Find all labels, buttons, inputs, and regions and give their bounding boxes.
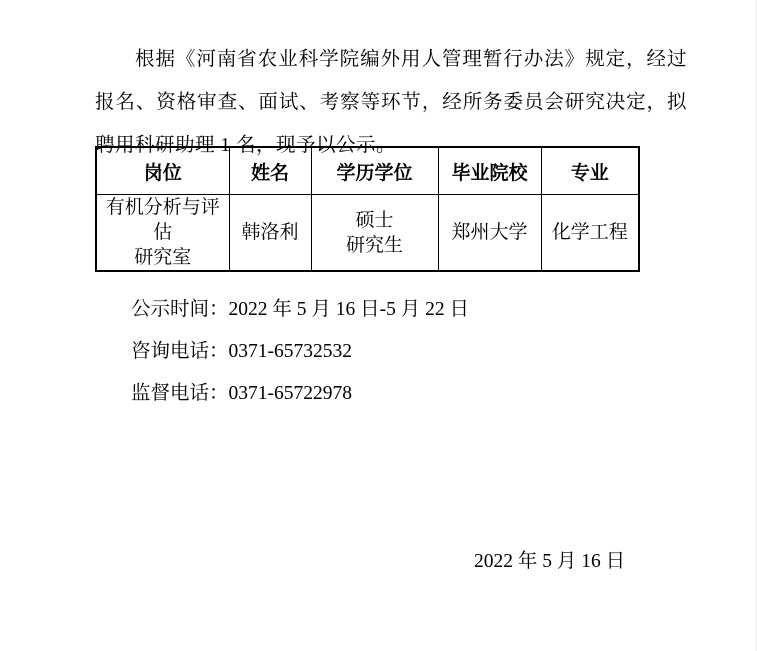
header-major: 专业 — [541, 147, 639, 195]
header-position: 岗位 — [96, 147, 229, 195]
header-name: 姓名 — [229, 147, 311, 195]
publicity-period: 公示时间：2022 年 5 月 16 日-5 月 22 日 — [131, 299, 469, 321]
cell-university: 郑州大学 — [438, 195, 541, 272]
supervise-phone: 监督电话：0371-65722978 — [131, 383, 352, 405]
consult-phone: 咨询电话：0371-65732532 — [131, 341, 352, 363]
cell-name: 韩洛利 — [229, 195, 311, 272]
table-header-row: 岗位 姓名 学历学位 毕业院校 专业 — [96, 147, 639, 195]
recruitment-table: 岗位 姓名 学历学位 毕业院校 专业 有机分析与评估 研究室 韩洛利 硕士 研究… — [95, 146, 640, 272]
notice-date: 2022 年 5 月 16 日 — [474, 551, 625, 573]
cell-degree: 硕士 研究生 — [311, 195, 438, 272]
header-degree: 学历学位 — [311, 147, 438, 195]
cell-major: 化学工程 — [541, 195, 639, 272]
cell-position: 有机分析与评估 研究室 — [96, 195, 229, 272]
notice-page: 根据《河南省农业科学院编外用人管理暂行办法》规定，经过报名、资格审查、面试、考察… — [0, 0, 757, 651]
header-university: 毕业院校 — [438, 147, 541, 195]
table-data-row: 有机分析与评估 研究室 韩洛利 硕士 研究生 郑州大学 化学工程 — [96, 195, 639, 272]
